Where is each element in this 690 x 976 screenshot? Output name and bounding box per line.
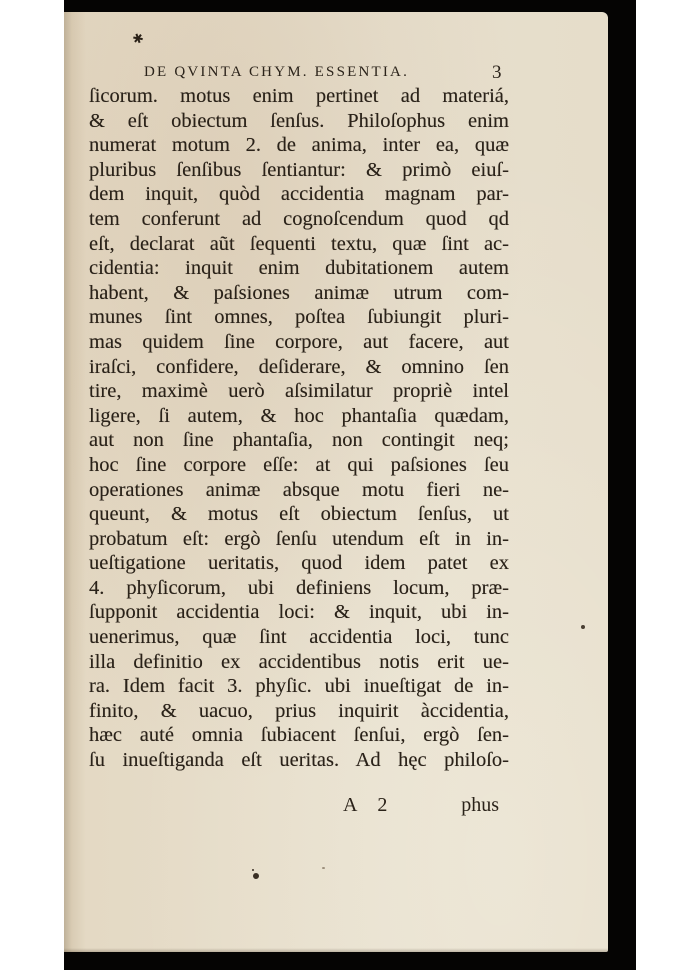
page-footer: A 2 phus: [89, 794, 499, 820]
text-line: ra. Idem facit 3. phyſic. ubi inueſtigat…: [89, 674, 509, 699]
text-line: queunt, & motus eſt obiectum ſenſus, ut: [89, 502, 509, 527]
text-line: ſicorum. motus enim pertinet ad materiá,: [89, 84, 509, 109]
ink-speck: [322, 867, 325, 869]
text-line: pluribus ſenſibus ſentiantur: & primò ei…: [89, 158, 509, 183]
text-line: operationes animæ absque motu fieri ne-: [89, 478, 509, 503]
ink-speck: [581, 625, 585, 629]
text-line: numerat motum 2. de anima, inter ea, quæ: [89, 133, 509, 158]
text-line: & eſt obiectum ſenſus. Philoſophus enim: [89, 109, 509, 134]
text-line: habent, & paſsiones animæ utrum com-: [89, 281, 509, 306]
text-line: eſt, declarat aũt ſequenti textu, quæ ſi…: [89, 232, 509, 257]
signature-mark: A 2: [343, 794, 395, 817]
text-line: tire, maximè uerò aſsimilatur propriè in…: [89, 379, 509, 404]
text-line: iraſci, confidere, deſiderare, & omnino …: [89, 355, 509, 380]
book-page: ✱ DE QVINTA CHYM. ESSENTIA. 3 ſicorum. m…: [64, 12, 608, 952]
running-title: DE QVINTA CHYM. ESSENTIA.: [144, 64, 504, 81]
text-line: 4. phyſicorum, ubi definiens locum, præ-: [89, 576, 509, 601]
ink-speck: [253, 873, 259, 879]
text-line: aut non ſine phantaſia, non contingit ne…: [89, 428, 509, 453]
page-number: 3: [492, 62, 502, 84]
text-line: ſu inueſtiganda eſt ueritas. Ad hęc phil…: [89, 748, 509, 773]
text-line: dem inquit, quòd accidentia magnam par-: [89, 182, 509, 207]
text-line: ſupponit accidentia loci: & inquit, ubi …: [89, 600, 509, 625]
text-line: cidentia: inquit enim dubitationem autem: [89, 256, 509, 281]
text-line: illa definitio ex accidentibus notis eri…: [89, 650, 509, 675]
text-line: mas quidem ſine corpore, aut facere, aut: [89, 330, 509, 355]
text-line: ueſtigatione ueritatis, quod idem patet …: [89, 551, 509, 576]
text-line: munes ſint omnes, poſtea ſubiungit pluri…: [89, 305, 509, 330]
text-line: probatum eſt: ergò ſenſu utendum eſt in …: [89, 527, 509, 552]
text-line: ligere, ſi autem, & hoc phantaſia quædam…: [89, 404, 509, 429]
text-line: hæc auté omnia ſubiacent ſenſui, ergò ſe…: [89, 723, 509, 748]
text-line: hoc ſine corpore eſſe: at qui paſsiones …: [89, 453, 509, 478]
catchword: phus: [461, 794, 499, 817]
text-line: finito, & uacuo, prius inquirit àccident…: [89, 699, 509, 724]
text-line: uenerimus, quæ ſint accidentia loci, tun…: [89, 625, 509, 650]
ink-speck: [252, 869, 254, 871]
body-text: ſicorum. motus enim pertinet ad materiá,…: [89, 84, 509, 773]
asterisk-mark-icon: ✱: [131, 31, 146, 49]
text-line: tem conferunt ad cognoſcendum quod qd: [89, 207, 509, 232]
